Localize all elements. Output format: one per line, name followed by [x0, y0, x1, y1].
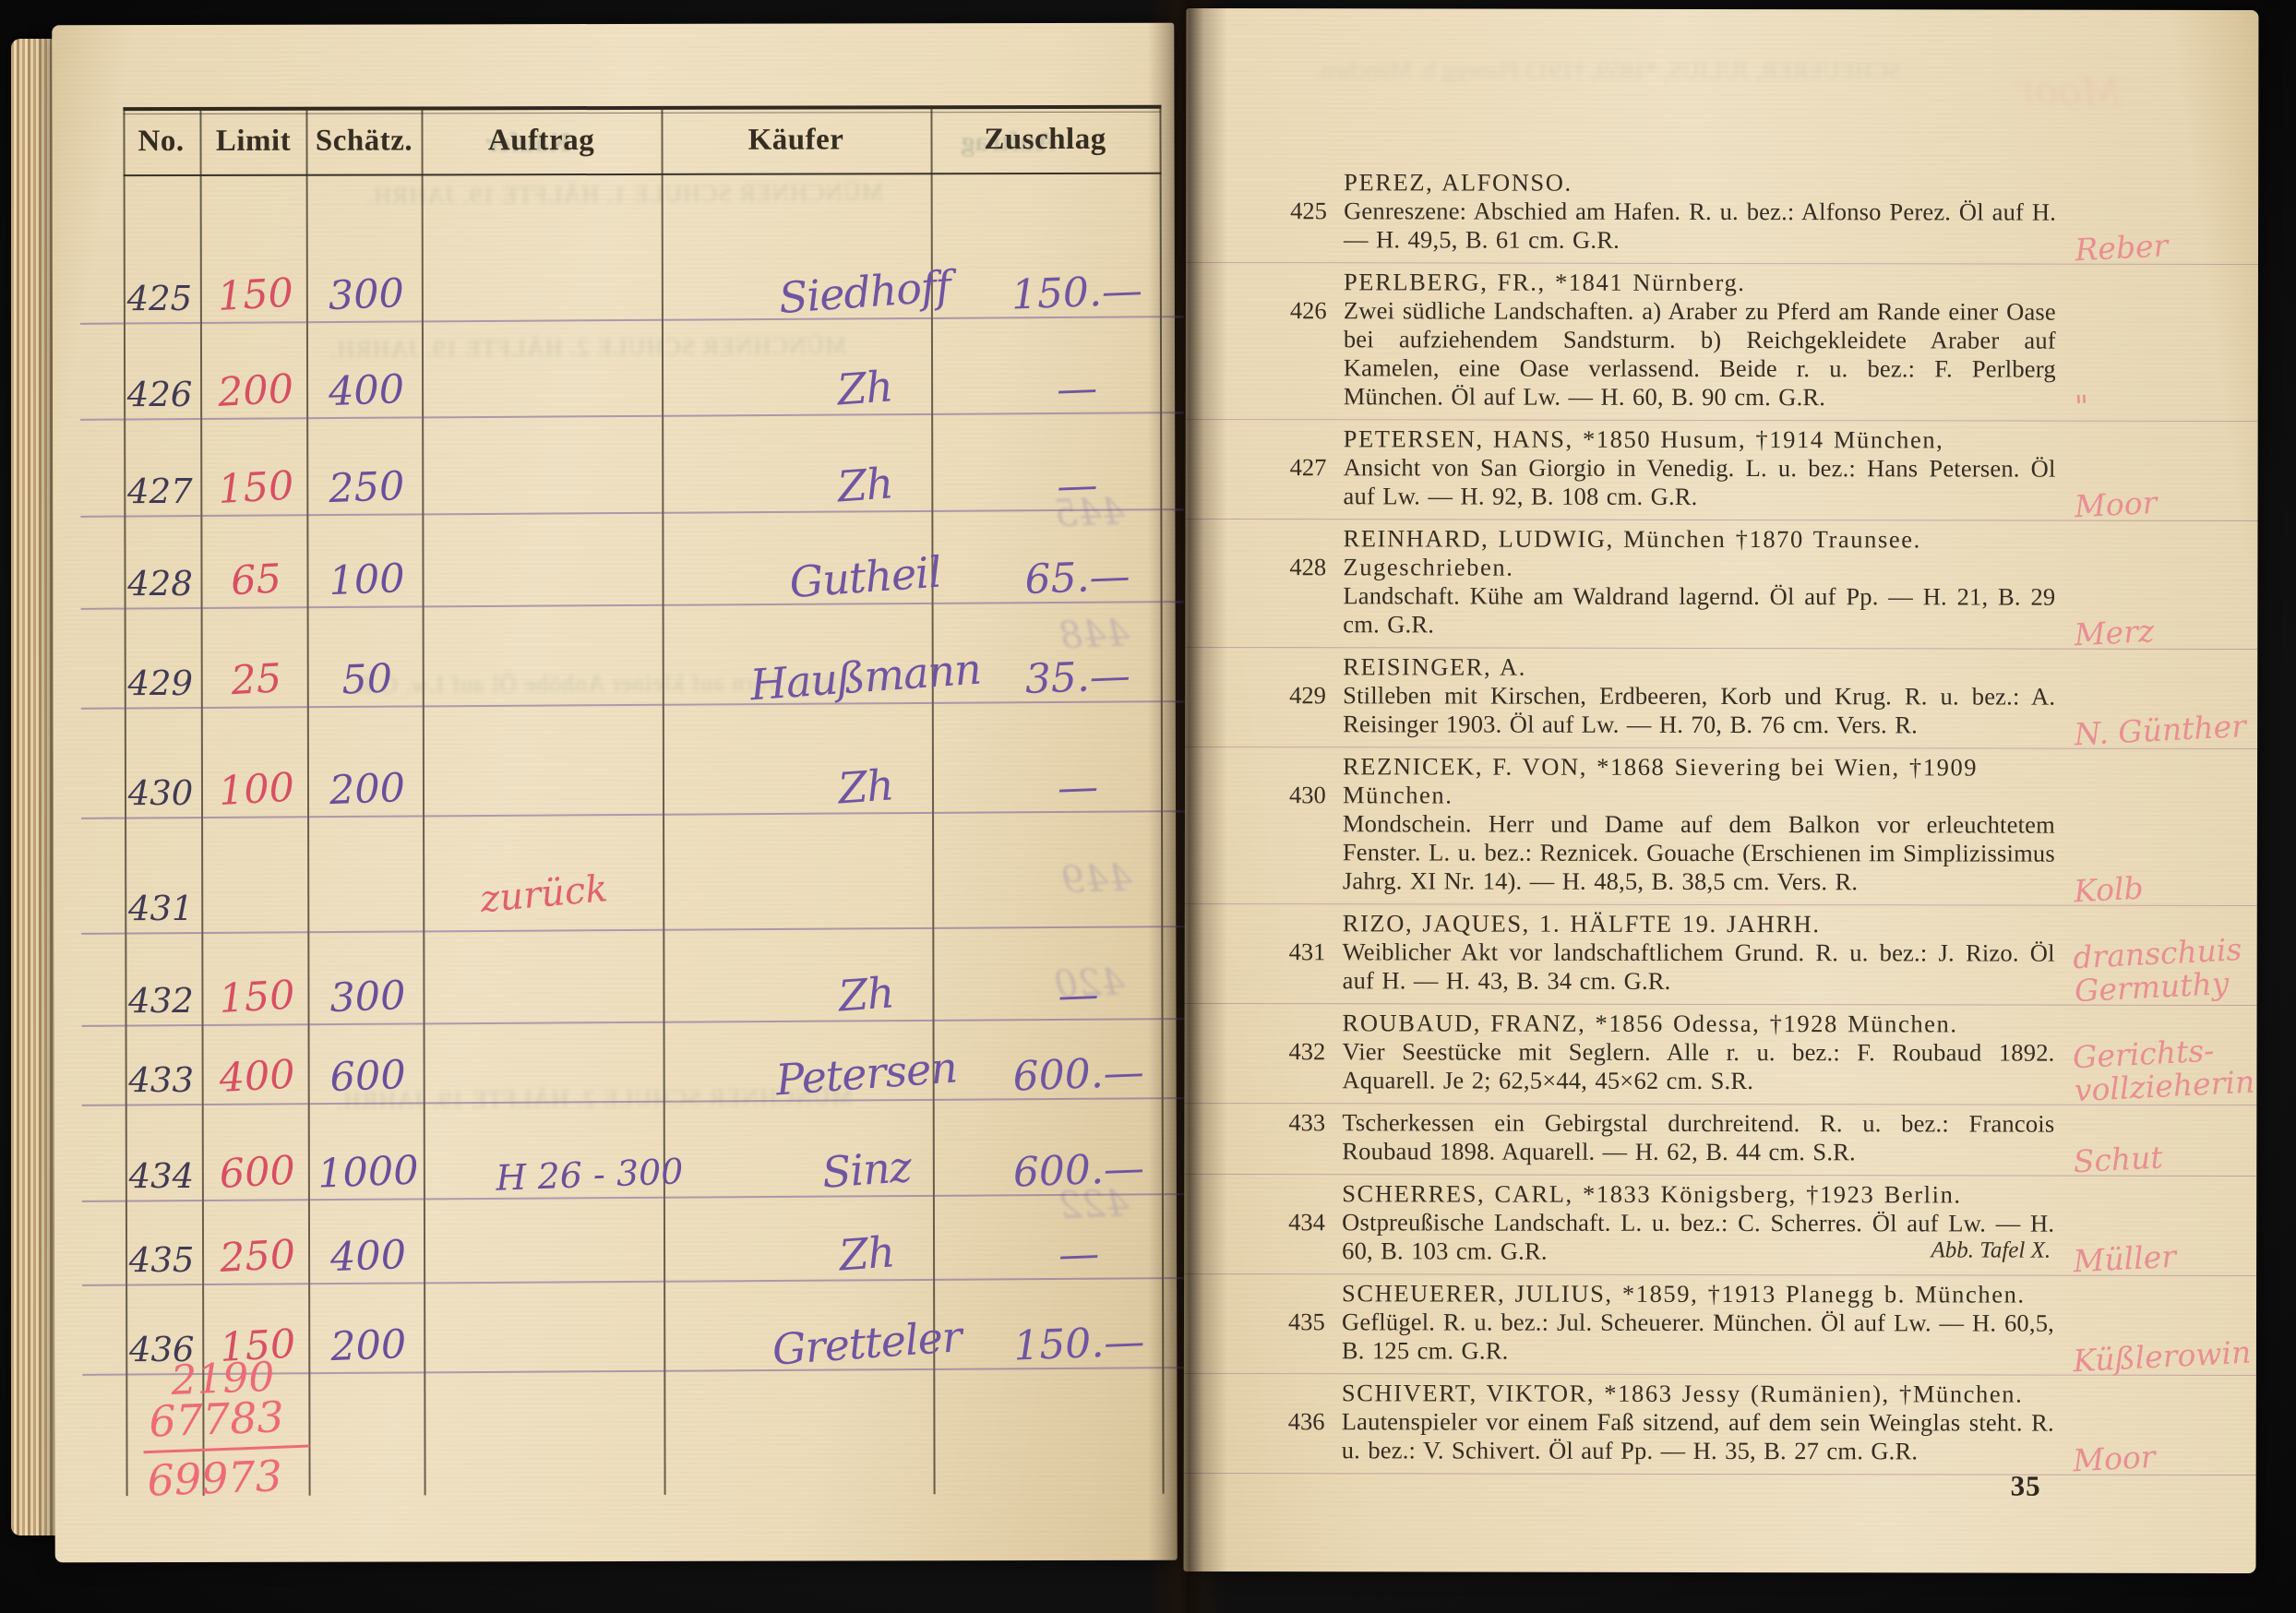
artist-heading: RIZO, JAQUES, 1. HÄLFTE 19. JAHRH.	[1343, 909, 2055, 938]
margin-note: Gerichts- vollzieherin	[2053, 1032, 2258, 1108]
limit-value: 65	[199, 555, 313, 606]
lot-number: 433	[1288, 1108, 1342, 1165]
lot-number: 428	[1289, 524, 1343, 639]
lot-number: 429	[1289, 652, 1343, 738]
artist-heading: ROUBAUD, FRANZ, *1856 Odessa, †1928 Münc…	[1343, 1009, 2055, 1038]
ledger-page: MÜNCHNER SCHULE 1. HÄLFTE 19. JAHRH. MÜN…	[52, 23, 1177, 1563]
margin-note: Kolb	[2054, 866, 2258, 909]
bleedthrough-margin-note: Moor	[2015, 67, 2122, 116]
margin-note: N. Günther	[2055, 709, 2259, 752]
lot-number: 436	[1288, 1379, 1342, 1464]
margin-note: Küßlerowin	[2054, 1335, 2258, 1379]
limit-value: 600	[201, 1147, 315, 1199]
ledger-row: 427 150 250 Zh —	[53, 448, 1175, 514]
catalog-entry-432: 432 ROUBAUD, FRANZ, *1856 Odessa, †1928 …	[1184, 1004, 2256, 1105]
artist-heading: SCHIVERT, VIKTOR, *1863 Jessy (Rumänien)…	[1342, 1379, 2054, 1408]
artist-heading: REISINGER, A.	[1343, 652, 2055, 682]
hammer-price: —	[956, 361, 1198, 417]
column-header-schaetz: Schätz.	[307, 124, 420, 158]
estimate-value: 100	[311, 555, 424, 604]
lot-number: 428	[117, 564, 202, 603]
lot-description: Weiblicher Akt vor landschaftlichem Grun…	[1343, 938, 2055, 996]
column-header-limit: Limit	[201, 125, 305, 159]
lot-number: 426	[1290, 268, 1344, 411]
page-number: 35	[2011, 1470, 2041, 1503]
limit-value: 150	[199, 269, 313, 321]
lot-number: 429	[118, 663, 203, 703]
column-header-auftrag: Auftrag	[423, 124, 659, 159]
ledger-row: 430 100 200 Zh —	[54, 750, 1176, 816]
ledger-row: 431	[54, 866, 1176, 931]
column-header-zuschlag: Zuschlag	[932, 123, 1157, 158]
lot-number: 433	[119, 1060, 204, 1100]
hammer-price: 600.—	[958, 1142, 1200, 1199]
lot-number: 435	[1288, 1279, 1342, 1365]
stacked-page-edges	[11, 39, 57, 1535]
ledger-row: 429 25 50 Haußmann 35.—	[54, 640, 1176, 706]
lot-number: 431	[118, 889, 203, 928]
limit-value: 250	[201, 1231, 315, 1283]
artist-heading: PETERSEN, HANS, *1850 Husum, †1914 Münch…	[1344, 424, 2056, 454]
catalog-entry-429: 429 REISINGER, A. Stilleben mit Kirschen…	[1185, 648, 2257, 749]
lot-number: 430	[1289, 752, 1343, 895]
limit-value: 150	[199, 462, 313, 514]
estimate-value: 1000	[312, 1147, 425, 1197]
margin-note: Schut	[2054, 1136, 2258, 1179]
auction-catalog-book-scan: MÜNCHNER SCHULE 1. HÄLFTE 19. JAHRH. MÜN…	[0, 0, 2296, 1613]
order-bid: H 26 - 300	[450, 1150, 728, 1201]
margin-note: Reber	[2056, 224, 2260, 268]
plate-reference: Abb. Tafel X.	[1931, 1237, 2051, 1263]
ledger-row: 426 200 400 Zh —	[53, 352, 1175, 417]
artist-heading: SCHERRES, CARL, *1833 Königsberg, †1923 …	[1342, 1179, 2054, 1209]
limit-value: 200	[199, 365, 313, 417]
lot-number: 427	[1290, 424, 1344, 510]
lot-number: 432	[118, 981, 203, 1021]
estimate-value: 200	[312, 1320, 425, 1370]
estimate-value: 600	[312, 1051, 425, 1101]
lot-number: 430	[118, 773, 203, 813]
lot-number: 426	[117, 375, 202, 414]
catalog-entry-431: 431 RIZO, JAQUES, 1. HÄLFTE 19. JAHRH. W…	[1185, 904, 2257, 1006]
margin-note: Merz	[2055, 609, 2259, 652]
catalog-entry-428: 428 REINHARD, LUDWIG, München †1870 Trau…	[1185, 520, 2257, 650]
hammer-price: —	[958, 1226, 1200, 1283]
artist-heading: PERLBERG, FR., *1841 Nürnberg.	[1344, 268, 2056, 297]
catalog-entries: 425 PEREZ, ALFONSO. Genreszene: Abschied…	[1184, 163, 2258, 1476]
limit-value: 150	[200, 972, 314, 1023]
lot-number: 425	[117, 279, 202, 318]
margin-note-ditto: "	[2055, 381, 2259, 424]
lot-number: 434	[1288, 1179, 1342, 1265]
catalog-entry-436: 436 SCHIVERT, VIKTOR, *1863 Jessy (Rumän…	[1184, 1374, 2256, 1476]
limit-value: 100	[200, 764, 314, 816]
ledger-row: 432 150 300 Zh —	[54, 958, 1176, 1023]
catalog-entry-435: 435 SCHEUERER, JULIUS, *1859, †1913 Plan…	[1184, 1274, 2256, 1376]
limit-value: 25	[199, 654, 313, 706]
margin-note: Müller	[2054, 1236, 2258, 1279]
catalog-entry-433: 433 Tscherkessen ein Gebirgstal durchrei…	[1184, 1104, 2256, 1177]
ledger-row: 434 600 1000 H 26 - 300 Sinz 600.—	[54, 1133, 1177, 1199]
hammer-price: 65.—	[957, 550, 1199, 606]
bleedthrough-print: SCHEUERER, JULIUS, *1859, †1913 Planegg …	[1315, 56, 1901, 85]
column-header-kaeufer: Käufer	[663, 123, 928, 158]
margin-note: Moor	[2053, 1435, 2257, 1478]
estimate-value: 400	[310, 365, 423, 415]
table-top-rule	[123, 105, 1161, 111]
estimate-value: 400	[312, 1231, 425, 1281]
catalog-entry-427: 427 PETERSEN, HANS, *1850 Husum, †1914 M…	[1186, 420, 2258, 521]
hammer-price: —	[956, 458, 1198, 514]
estimate-value: 50	[311, 654, 424, 704]
estimate-value: 300	[310, 269, 423, 319]
ledger-row: 435 250 400 Zh —	[54, 1217, 1177, 1283]
artist-heading: SCHEUERER, JULIUS, *1859, †1913 Planegg …	[1342, 1279, 2054, 1308]
catalog-entry-426: 426 PERLBERG, FR., *1841 Nürnberg. Zwei …	[1186, 263, 2258, 422]
hammer-price: 600.—	[958, 1046, 1200, 1103]
lot-description: Lautenspieler vor einem Faß sitzend, auf…	[1342, 1407, 2054, 1465]
margin-note: dranschuis Germuthy	[2053, 932, 2258, 1009]
lot-description: Ansicht von San Giorgio in Venedig. L. u…	[1344, 453, 2056, 511]
margin-note: Moor	[2055, 481, 2259, 524]
lot-description: Landschaft. Kühe am Waldrand lagernd. Öl…	[1343, 581, 2055, 639]
hammer-price: —	[958, 967, 1200, 1023]
lot-number: 434	[119, 1156, 204, 1196]
lot-number: 432	[1288, 1009, 1342, 1094]
lot-description: Zwei südliche Landschaften. a) Araber zu…	[1344, 296, 2056, 412]
lot-number: 431	[1289, 909, 1343, 995]
artist-heading: REINHARD, LUDWIG, München †1870 Traunsee…	[1343, 524, 2055, 582]
lot-description: Stilleben mit Kirschen, Erdbeeren, Korb …	[1343, 681, 2055, 739]
lot-description: Geflügel. R. u. bez.: Jul. Scheuerer. Mü…	[1342, 1308, 2054, 1366]
ledger-row: 425 150 300 Siedhoff 150.—	[53, 256, 1175, 321]
estimate-value: 250	[310, 462, 423, 512]
lot-description: Mondschein. Herr und Dame auf dem Balkon…	[1343, 809, 2055, 896]
hammer-price: —	[957, 759, 1199, 816]
limit-value: 400	[200, 1051, 314, 1103]
artist-heading: REZNICEK, F. VON, *1868 Sievering bei Wi…	[1343, 752, 2055, 810]
catalog-entry-434: 434 SCHERRES, CARL, *1833 Königsberg, †1…	[1184, 1175, 2256, 1276]
totals-grand: 69973	[147, 1451, 283, 1505]
lot-number: 425	[1290, 168, 1344, 254]
lot-description: Tscherkessen ein Gebirgstal durchreitend…	[1342, 1108, 2054, 1166]
ledger-row: 428 65 100 Gutheil 65.—	[53, 541, 1175, 606]
bleedthrough-print: MÜNCHNER SCHULE 1. HÄLFTE 19. JAHRH.	[366, 179, 884, 210]
catalog-entry-425: 425 PEREZ, ALFONSO. Genreszene: Abschied…	[1186, 163, 2258, 265]
hammer-price: 150.—	[958, 1316, 1200, 1372]
ledger-row: 433 400 600 Petersen 600.—	[54, 1037, 1177, 1103]
lot-description: Genreszene: Abschied am Hafen. R. u. bez…	[1344, 197, 2056, 255]
lot-number: 435	[119, 1240, 204, 1280]
table-top-rule-thin	[123, 112, 1161, 114]
catalog-page: SCHEUERER, JULIUS, *1859, †1913 Planegg …	[1184, 8, 2259, 1573]
hammer-price: 35.—	[957, 650, 1199, 706]
estimate-value: 200	[311, 764, 424, 814]
lot-description: Vier Seestücke mit Seglern. Alle r. u. b…	[1342, 1037, 2054, 1095]
table-header-rule	[124, 173, 1162, 176]
estimate-value: 300	[312, 972, 425, 1022]
artist-heading: PEREZ, ALFONSO.	[1344, 168, 2056, 197]
totals-carry: 67783	[148, 1392, 284, 1446]
hammer-price: 150.—	[956, 265, 1198, 321]
catalog-entry-430: 430 REZNICEK, F. VON, *1868 Sievering be…	[1185, 747, 2257, 906]
lot-number: 427	[117, 472, 202, 511]
column-header-no: No.	[124, 125, 197, 159]
